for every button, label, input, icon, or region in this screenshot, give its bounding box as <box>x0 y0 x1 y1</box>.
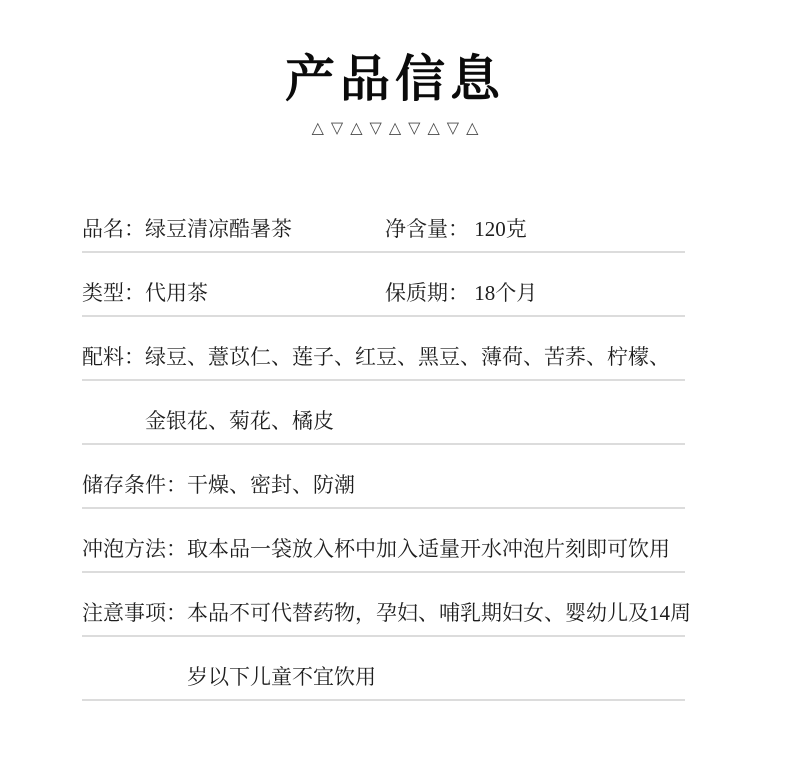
product-info-page: 产品信息 △▽△▽△▽△▽△ 品名： 绿豆清凉酷暑茶 净含量： 120克 类型：… <box>0 0 790 758</box>
storage-label: 储存条件： <box>82 474 187 496</box>
net-content-label: 净含量： <box>385 217 469 241</box>
notice-label: 注意事项： <box>82 602 187 624</box>
notice-value-line1: 本品不可代替药物，孕妇、哺乳期妇女、婴幼儿及14周 <box>187 602 691 624</box>
table-row-ingredients: 配料： 绿豆、薏苡仁、莲子、红豆、黑豆、薄荷、苦荞、柠檬、 <box>82 317 685 381</box>
storage-value: 干燥、密封、防潮 <box>187 474 355 496</box>
brewing-label: 冲泡方法： <box>82 538 187 560</box>
table-row-type: 类型： 代用茶 保质期： 18个月 <box>82 253 685 317</box>
table-row-storage: 储存条件： 干燥、密封、防潮 <box>82 445 685 509</box>
ingredients-value-line2: 金银花、菊花、橘皮 <box>145 410 334 432</box>
net-content-field: 净含量： 120克 <box>385 218 527 240</box>
type-label: 类型： <box>82 282 145 304</box>
triangle-divider-icon: △▽△▽△▽△▽△ <box>0 121 790 137</box>
page-header: 产品信息 △▽△▽△▽△▽△ <box>0 0 790 137</box>
table-row-brewing: 冲泡方法： 取本品一袋放入杯中加入适量开水冲泡片刻即可饮用 <box>82 509 685 573</box>
notice-value-line2: 岁以下儿童不宜饮用 <box>187 666 376 688</box>
ingredients-label: 配料： <box>82 346 145 368</box>
table-row-product-name: 品名： 绿豆清凉酷暑茶 净含量： 120克 <box>82 189 685 253</box>
table-row-notice-continued: 岁以下儿童不宜饮用 <box>82 637 685 701</box>
ingredients-value-line1: 绿豆、薏苡仁、莲子、红豆、黑豆、薄荷、苦荞、柠檬、 <box>145 346 670 368</box>
net-content-value: 120克 <box>474 217 527 241</box>
table-row-notice: 注意事项： 本品不可代替药物，孕妇、哺乳期妇女、婴幼儿及14周 <box>82 573 685 637</box>
shelf-life-field: 保质期： 18个月 <box>385 282 537 304</box>
product-info-table: 品名： 绿豆清凉酷暑茶 净含量： 120克 类型： 代用茶 保质期： 18个月 … <box>82 189 685 701</box>
product-name-value: 绿豆清凉酷暑茶 <box>145 218 292 240</box>
table-row-ingredients-continued: 金银花、菊花、橘皮 <box>82 381 685 445</box>
page-title: 产品信息 <box>0 52 790 107</box>
brewing-value: 取本品一袋放入杯中加入适量开水冲泡片刻即可饮用 <box>187 538 670 560</box>
shelf-life-label: 保质期： <box>385 281 469 305</box>
shelf-life-value: 18个月 <box>474 281 537 305</box>
product-name-label: 品名： <box>82 218 145 240</box>
type-value: 代用茶 <box>145 282 208 304</box>
